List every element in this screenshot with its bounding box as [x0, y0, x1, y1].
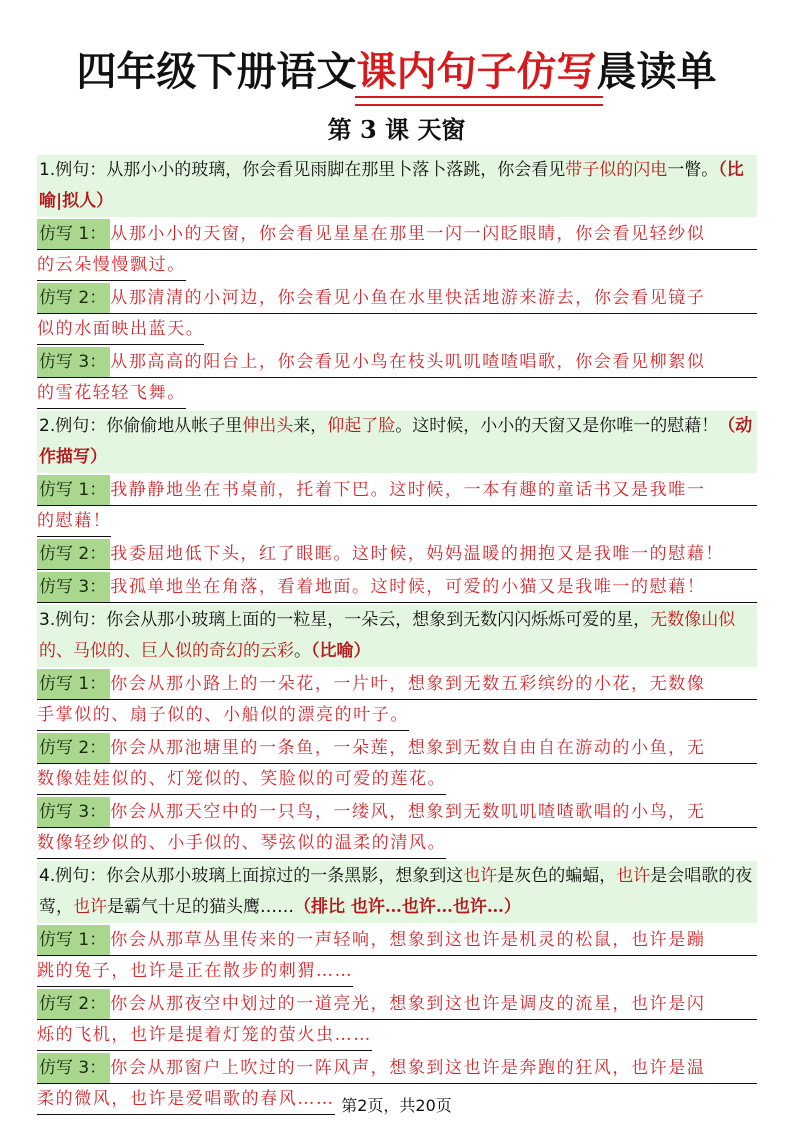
title-highlight: 课内句子仿写 — [357, 44, 597, 100]
imitation-text-continued: 烁的飞机，也许是提着灯笼的萤火虫…… — [37, 1020, 372, 1051]
example-text: 。这时候，小小的天窗又是你唯一的慰藉！ — [395, 416, 718, 436]
highlighted-phrase: 伸出头 — [242, 416, 293, 436]
imitation-line: 仿写 2：从那清清的小河边，你会看见小鱼在水里快活地游来游去，你会看见镜子 — [37, 283, 757, 314]
imitation-line: 仿写 1：我静静地坐在书桌前，托着下巴。这时候，一本有趣的童话书又是我唯一 — [37, 475, 757, 506]
imitation-item: 仿写 1：从那小小的天窗，你会看见星星在那里一闪一闪眨眼睛，你会看见轻纱似的云朵… — [37, 219, 757, 281]
imitation-text-continued: 数像轻纱似的、小手似的、琴弦似的温柔的清风。 — [37, 828, 446, 859]
imitation-line: 仿写 3：从那高高的阳台上，你会看见小鸟在枝头叽叽喳喳唱歌，你会看见柳絮似 — [37, 347, 757, 378]
page-title: 四年级下册语文课内句子仿写晨读单 — [0, 44, 793, 100]
example-prefix: 4.例句： — [39, 866, 106, 886]
imitation-item: 仿写 1：我静静地坐在书桌前，托着下巴。这时候，一本有趣的童话书又是我唯一的慰藉… — [37, 475, 757, 537]
imitation-item: 仿写 2：你会从那池塘里的一条鱼，一朵莲，想象到无数自由自在游动的小鱼，无数像娃… — [37, 733, 757, 795]
example-text: 你会从那小玻璃上面掠过的一条黑影，想象到这 — [106, 866, 463, 886]
imitation-item: 仿写 2：从那清清的小河边，你会看见小鱼在水里快活地游来游去，你会看见镜子似的水… — [37, 283, 757, 345]
imitation-item: 仿写 1：你会从那草丛里传来的一声轻响，想象到这也许是机灵的松鼠，也许是蹦跳的兔… — [37, 925, 757, 987]
imitation-text: 你会从那天空中的一只鸟，一缕风，想象到无数叽叽喳喳歌唱的小鸟，无 — [110, 802, 705, 822]
imitation-label: 仿写 3： — [37, 347, 110, 378]
imitation-line: 仿写 1：从那小小的天窗，你会看见星星在那里一闪一闪眨眼睛，你会看见轻纱似 — [37, 219, 757, 250]
example-sentence: 1.例句：从那小小的玻璃，你会看见雨脚在那里卜落卜落跳，你会看见带子似的闪电一瞥… — [37, 155, 757, 217]
imitation-text: 从那高高的阳台上，你会看见小鸟在枝头叽叽喳喳唱歌，你会看见柳絮似 — [110, 352, 705, 372]
imitation-text: 你会从那夜空中划过的一道亮光，想象到这也许是调皮的流星，也许是闪 — [110, 994, 705, 1014]
imitation-label: 仿写 1： — [37, 669, 110, 700]
imitation-item: 仿写 3：我孤单地坐在角落，看着地面。这时候，可爱的小猫又是我唯一的慰藉！ — [37, 572, 757, 603]
imitation-item: 仿写 1：你会从那小路上的一朵花，一片叶，想象到无数五彩缤纷的小花，无数像手掌似… — [37, 669, 757, 731]
imitation-label: 仿写 3： — [37, 797, 110, 828]
imitation-text-continued: 手掌似的、扇子似的、小船似的漂亮的叶子。 — [37, 700, 409, 731]
imitation-line: 仿写 3：你会从那天空中的一只鸟，一缕风，想象到无数叽叽喳喳歌唱的小鸟，无 — [37, 797, 757, 828]
imitation-text: 从那清清的小河边，你会看见小鱼在水里快活地游来游去，你会看见镜子 — [110, 288, 705, 308]
imitation-line: 仿写 1：你会从那草丛里传来的一声轻响，想象到这也许是机灵的松鼠，也许是蹦 — [37, 925, 757, 956]
imitation-item: 仿写 2：你会从那夜空中划过的一道亮光，想象到这也许是调皮的流星，也许是闪烁的飞… — [37, 989, 757, 1051]
imitation-text-continued: 数像娃娃似的、灯笼似的、笑脸似的可爱的莲花。 — [37, 764, 446, 795]
imitation-text: 我委屈地低下头，红了眼眶。这时候，妈妈温暖的拥抱又是我唯一的慰藉！ — [110, 544, 724, 564]
example-text: 是霸气十足的猫头鹰…… — [107, 897, 294, 917]
example-sentence: 3.例句：你会从那小玻璃上面的一粒星，一朵云，想象到无数闪闪烁烁可爱的星，无数像… — [37, 605, 757, 667]
example-prefix: 1.例句： — [39, 160, 106, 180]
imitation-text: 你会从那池塘里的一条鱼，一朵莲，想象到无数自由自在游动的小鱼，无 — [110, 738, 705, 758]
worksheet-content: 1.例句：从那小小的玻璃，你会看见雨脚在那里卜落卜落跳，你会看见带子似的闪电一瞥… — [37, 155, 757, 1117]
example-text: 你会从那小玻璃上面的一粒星，一朵云，想象到无数闪闪烁烁可爱的星， — [106, 610, 650, 630]
imitation-item: 仿写 3：从那高高的阳台上，你会看见小鸟在枝头叽叽喳喳唱歌，你会看见柳絮似的雪花… — [37, 347, 757, 409]
imitation-line: 仿写 3：你会从那窗户上吹过的一阵风声，想象到这也许是奔跑的狂风，也许是温 — [37, 1053, 757, 1084]
imitation-text-continued: 跳的兔子，也许是正在散步的刺猬…… — [37, 956, 353, 987]
imitation-label: 仿写 2： — [37, 283, 110, 314]
imitation-item: 仿写 2：我委屈地低下头，红了眼眶。这时候，妈妈温暖的拥抱又是我唯一的慰藉！ — [37, 539, 757, 570]
imitation-text: 从那小小的天窗，你会看见星星在那里一闪一闪眨眼睛，你会看见轻纱似 — [110, 224, 705, 244]
imitation-text: 你会从那小路上的一朵花，一片叶，想象到无数五彩缤纷的小花，无数像 — [110, 674, 705, 694]
imitation-label: 仿写 3： — [37, 1053, 110, 1084]
highlighted-phrase: 带子似的闪电 — [565, 160, 667, 180]
title-prefix: 四年级下册语文 — [77, 49, 357, 95]
imitation-item: 仿写 3：你会从那天空中的一只鸟，一缕风，想象到无数叽叽喳喳歌唱的小鸟，无数像轻… — [37, 797, 757, 859]
imitation-line: 仿写 2：你会从那池塘里的一条鱼，一朵莲，想象到无数自由自在游动的小鱼，无 — [37, 733, 757, 764]
page-indicator: 第2页，共20页 — [0, 1093, 793, 1116]
example-text: 是灰色的蝙蝠， — [497, 866, 616, 886]
rhetoric-tag: （比喻） — [311, 641, 371, 661]
imitation-label: 仿写 2： — [37, 539, 110, 570]
example-text: 一瞥。 — [667, 160, 718, 180]
example-text: 来， — [293, 416, 327, 436]
imitation-text-continued: 的慰藉！ — [37, 506, 111, 537]
imitation-line: 仿写 1：你会从那小路上的一朵花，一片叶，想象到无数五彩缤纷的小花，无数像 — [37, 669, 757, 700]
example-text: 。 — [294, 641, 311, 661]
example-text: 你偷偷地从帐子里 — [106, 416, 242, 436]
rhetoric-tag: （排比 也许…也许…也许…） — [294, 897, 521, 917]
imitation-text-continued: 的雪花轻轻飞舞。 — [37, 378, 186, 409]
title-suffix: 晨读单 — [597, 49, 717, 95]
highlighted-phrase: 也许 — [616, 866, 650, 886]
imitation-label: 仿写 1： — [37, 925, 110, 956]
imitation-text: 我静静地坐在书桌前，托着下巴。这时候，一本有趣的童话书又是我唯一 — [110, 480, 705, 500]
imitation-text: 你会从那窗户上吹过的一阵风声，想象到这也许是奔跑的狂风，也许是温 — [110, 1058, 705, 1078]
imitation-label: 仿写 2： — [37, 989, 110, 1020]
example-prefix: 2.例句： — [39, 416, 106, 436]
imitation-line: 仿写 2：你会从那夜空中划过的一道亮光，想象到这也许是调皮的流星，也许是闪 — [37, 989, 757, 1020]
imitation-text-continued: 似的水面映出蓝天。 — [37, 314, 204, 345]
imitation-label: 仿写 3： — [37, 572, 110, 603]
example-prefix: 3.例句： — [39, 610, 106, 630]
example-sentence: 2.例句：你偷偷地从帐子里伸出头来，仰起了脸。这时候，小小的天窗又是你唯一的慰藉… — [37, 411, 757, 473]
imitation-text: 你会从那草丛里传来的一声轻响，想象到这也许是机灵的松鼠，也许是蹦 — [110, 930, 705, 950]
example-sentence: 4.例句：你会从那小玻璃上面掠过的一条黑影，想象到这也许是灰色的蝙蝠，也许是会唱… — [37, 861, 757, 923]
highlighted-phrase: 也许 — [73, 897, 107, 917]
highlighted-phrase: 也许 — [463, 866, 497, 886]
highlighted-phrase: 仰起了脸 — [327, 416, 395, 436]
imitation-label: 仿写 1： — [37, 219, 110, 250]
imitation-text: 我孤单地坐在角落，看着地面。这时候，可爱的小猫又是我唯一的慰藉！ — [110, 577, 705, 597]
example-text: 从那小小的玻璃，你会看见雨脚在那里卜落卜落跳，你会看见 — [106, 160, 565, 180]
lesson-subtitle: 第 3 课 天窗 — [0, 113, 793, 147]
imitation-line: 仿写 3：我孤单地坐在角落，看着地面。这时候，可爱的小猫又是我唯一的慰藉！ — [37, 572, 757, 603]
imitation-line: 仿写 2：我委屈地低下头，红了眼眶。这时候，妈妈温暖的拥抱又是我唯一的慰藉！ — [37, 539, 757, 570]
imitation-label: 仿写 2： — [37, 733, 110, 764]
imitation-label: 仿写 1： — [37, 475, 110, 506]
imitation-text-continued: 的云朵慢慢飘过。 — [37, 250, 186, 281]
